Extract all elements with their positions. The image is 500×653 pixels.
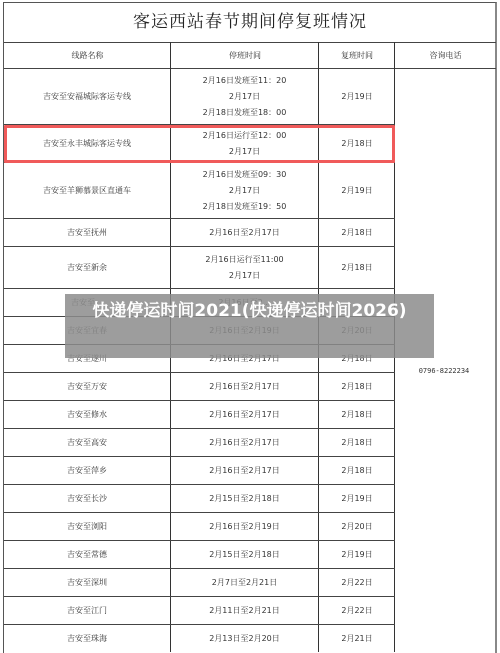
stop-time-line: 2月17日 [229,268,260,284]
watermark-caption: 快递停运时间2021(快递停运时间2026) [65,294,434,358]
route-name: 吉安至万安 [4,373,170,400]
route-name: 吉安至萍乡 [4,457,170,484]
stop-time-line: 2月16日至2月17日 [209,407,280,423]
resume-time-text: 2月21日 [341,631,372,647]
stop-time: 2月7日至2月21日 [171,569,318,596]
route-name-text: 吉安至抚州 [67,225,107,241]
stop-time-line: 2月16日至2月17日 [209,435,280,451]
table-row: 吉安至萍乡2月16日至2月17日2月18日 [4,457,395,485]
stop-time-line: 2月16日至2月17日 [209,379,280,395]
route-name: 吉安至安福城际客运专线 [4,69,170,124]
route-name: 吉安至江门 [4,597,170,624]
table-row: 吉安至安福城际客运专线2月16日发班至11：202月17日2月18日发班至18：… [4,69,395,125]
route-name-text: 吉安至珠海 [67,631,107,647]
resume-time: 2月18日 [319,457,395,484]
stop-time-line: 2月17日 [229,183,260,199]
stop-time-line: 2月16日至2月19日 [209,519,280,535]
resume-time-text: 2月19日 [341,183,372,199]
resume-time: 2月18日 [319,429,395,456]
stop-time-line: 2月16日至2月17日 [209,225,280,241]
route-name-text: 吉安至浏阳 [67,519,107,535]
stop-time-line: 2月16日发班至11：20 [203,73,287,89]
header-resume-time: 复班时间 [319,42,395,69]
route-name: 吉安至高安 [4,429,170,456]
resume-time-text: 2月18日 [341,435,372,451]
resume-time-text: 2月18日 [341,407,372,423]
stop-time-line: 2月16日运行至11:00 [205,252,283,268]
stop-time-line: 2月18日发班至19：50 [203,199,287,215]
stop-time: 2月16日至2月19日 [171,513,318,540]
route-name: 吉安至常德 [4,541,170,568]
route-name-text: 吉安至深圳 [67,575,107,591]
resume-time: 2月18日 [319,219,395,246]
resume-time: 2月18日 [319,401,395,428]
stop-time-line: 2月16日至2月17日 [209,463,280,479]
stop-time-line: 2月16日发班至09：30 [203,167,287,183]
stop-time-line: 2月7日至2月21日 [212,575,277,591]
header-stop-time: 停班时间 [171,42,319,69]
stop-time: 2月16日发班至09：302月17日2月18日发班至19：50 [171,163,318,218]
stop-time-line: 2月17日 [229,89,260,105]
stop-time: 2月16日运行至11:002月17日 [171,247,318,288]
route-name: 吉安至珠海 [4,625,170,653]
route-name-text: 吉安至高安 [67,435,107,451]
route-name-text: 吉安至羊狮慕景区直通车 [43,183,131,199]
resume-time: 2月22日 [319,569,395,596]
stop-time-line: 2月13日至2月20日 [209,631,280,647]
route-name: 吉安至修水 [4,401,170,428]
route-name-text: 吉安至萍乡 [67,463,107,479]
route-name-text: 吉安至长沙 [67,491,107,507]
table-row: 吉安至高安2月16日至2月17日2月18日 [4,429,395,457]
resume-time: 2月20日 [319,513,395,540]
resume-time-text: 2月19日 [341,491,372,507]
table-row: 吉安至常德2月15日至2月18日2月19日 [4,541,395,569]
route-name-text: 吉安至万安 [67,379,107,395]
table-row: 吉安至长沙2月15日至2月18日2月19日 [4,485,395,513]
stop-time-line: 2月15日至2月18日 [209,547,280,563]
resume-time-text: 2月18日 [341,260,372,276]
table-row: 吉安至抚州2月16日至2月17日2月18日 [4,219,395,247]
header-route: 线路名称 [4,42,171,69]
stop-time: 2月16日至2月17日 [171,401,318,428]
resume-time: 2月19日 [319,69,395,124]
stop-time: 2月16日发班至11：202月17日2月18日发班至18：00 [171,69,318,124]
stop-time: 2月16日至2月17日 [171,457,318,484]
stop-time: 2月13日至2月20日 [171,625,318,653]
stop-time: 2月16日至2月17日 [171,429,318,456]
route-name: 吉安至抚州 [4,219,170,246]
table-row: 吉安至新余2月16日运行至11:002月17日2月18日 [4,247,395,289]
route-name: 吉安至羊狮慕景区直通车 [4,163,170,218]
route-name-text: 吉安至江门 [67,603,107,619]
table-row: 吉安至深圳2月7日至2月21日2月22日 [4,569,395,597]
stop-time: 2月15日至2月18日 [171,485,318,512]
stop-time: 2月11日至2月21日 [171,597,318,624]
resume-time-text: 2月18日 [341,379,372,395]
route-name: 吉安至新余 [4,247,170,288]
stop-time-line: 2月11日至2月21日 [209,603,280,619]
route-name: 吉安至深圳 [4,569,170,596]
resume-time: 2月19日 [319,163,395,218]
resume-time: 2月18日 [319,247,395,288]
resume-time: 2月22日 [319,597,395,624]
stop-time: 2月15日至2月18日 [171,541,318,568]
table-row: 吉安至江门2月11日至2月21日2月22日 [4,597,395,625]
resume-time-text: 2月19日 [341,547,372,563]
stop-time: 2月16日至2月17日 [171,373,318,400]
stop-time-line: 2月15日至2月18日 [209,491,280,507]
resume-time-text: 2月20日 [341,519,372,535]
table-row: 吉安至修水2月16日至2月17日2月18日 [4,401,395,429]
resume-time-text: 2月18日 [341,225,372,241]
resume-time-text: 2月22日 [341,575,372,591]
table-row: 吉安至珠海2月13日至2月20日2月21日 [4,625,395,653]
highlight-box [4,125,395,163]
table-row: 吉安至羊狮慕景区直通车2月16日发班至09：302月17日2月18日发班至19：… [4,163,395,219]
resume-time-text: 2月22日 [341,603,372,619]
resume-time: 2月19日 [319,541,395,568]
resume-time-text: 2月18日 [341,463,372,479]
route-name-text: 吉安至修水 [67,407,107,423]
stop-time-line: 2月18日发班至18：00 [203,105,287,121]
table-row: 吉安至浏阳2月16日至2月19日2月20日 [4,513,395,541]
header-phone: 咨询电话 [395,42,496,69]
resume-time: 2月19日 [319,485,395,512]
resume-time: 2月18日 [319,373,395,400]
table-row: 吉安至万安2月16日至2月17日2月18日 [4,373,395,401]
route-name: 吉安至长沙 [4,485,170,512]
table-title: 客运西站春节期间停复班情况 [4,3,496,43]
resume-time-text: 2月19日 [341,89,372,105]
route-name-text: 吉安至常德 [67,547,107,563]
phone-number: 0796-8222234 [395,367,493,375]
stop-time: 2月16日至2月17日 [171,219,318,246]
route-name-text: 吉安至新余 [67,260,107,276]
resume-time: 2月21日 [319,625,395,653]
route-name: 吉安至浏阳 [4,513,170,540]
route-name-text: 吉安至安福城际客运专线 [43,89,131,105]
